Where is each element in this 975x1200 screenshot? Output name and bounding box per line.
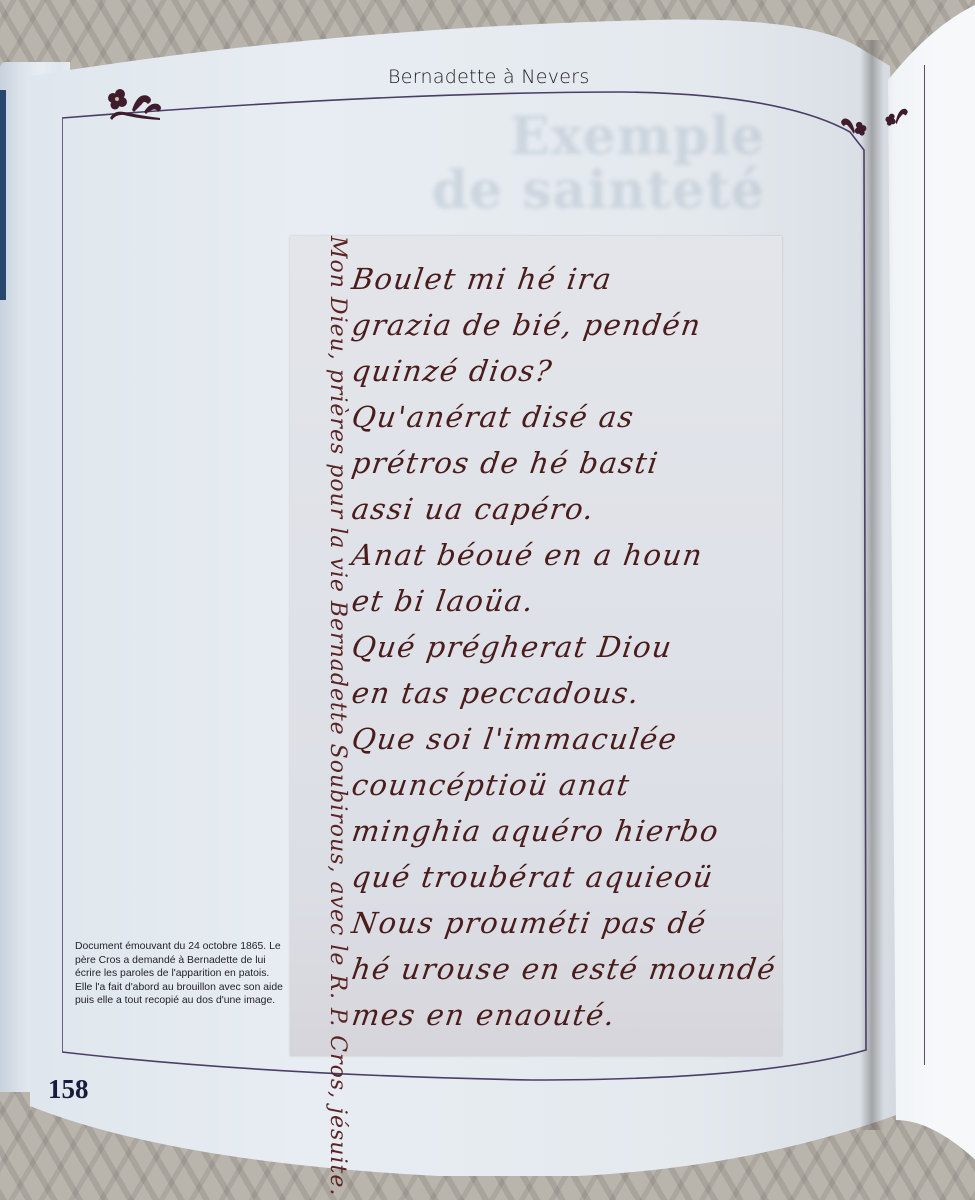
right-page-frame — [924, 65, 975, 1065]
running-header: Bernadette à Nevers — [388, 66, 590, 88]
manuscript-line: mes en enaouté. — [349, 992, 781, 1038]
manuscript-image: Mon Dieu, prières pour la vie Bernadette… — [290, 236, 782, 1056]
manuscript-lines: Boulet mi hé ira grazia de bié, pendén q… — [352, 256, 778, 1038]
manuscript-line: qué troubérat aquieoü — [349, 854, 781, 900]
manuscript-line: Que soi l'immaculée — [349, 716, 781, 762]
flower-scroll-ornament-icon — [104, 88, 166, 122]
manuscript-line: Anat béoué en a houn — [349, 532, 781, 578]
manuscript-line: assi ua capéro. — [349, 486, 781, 532]
bleed-through-title: Exemple de sainteté — [325, 110, 765, 230]
manuscript-line: en tas peccadous. — [349, 670, 781, 716]
manuscript-line: minghia aquéro hierbo — [349, 808, 781, 854]
page-number: 158 — [48, 1074, 89, 1105]
bleed-through-line-2: de sainteté — [325, 164, 765, 218]
manuscript-line: Boulet mi hé ira — [349, 256, 781, 302]
manuscript-line: councéptioü anat — [349, 762, 781, 808]
margin-note-text: Mon Dieu, prières pour la vie Bernadette… — [322, 236, 352, 1056]
gutter-shadow — [860, 40, 884, 1130]
flower-scroll-ornament-icon — [834, 112, 868, 146]
manuscript-line: Qu'anérat disé as — [349, 394, 781, 440]
book-cover-edge — [0, 90, 6, 300]
manuscript-margin-note: Mon Dieu, prières pour la vie Bernadette… — [290, 236, 350, 1056]
bleed-through-line-1: Exemple — [325, 110, 765, 164]
manuscript-line: hé urouse en esté moundé — [349, 946, 781, 992]
flower-scroll-ornament-icon — [884, 100, 914, 136]
manuscript-line: Nous prouméti pas dé — [349, 900, 781, 946]
manuscript-line: prétros de hé basti — [349, 440, 781, 486]
figure-caption: Document émouvant du 24 octobre 1865. Le… — [75, 940, 285, 1008]
manuscript-line: Qué prégherat Diou — [349, 624, 781, 670]
manuscript-line: grazia de bié, pendén — [349, 302, 781, 348]
manuscript-line: quinzé dios? — [349, 348, 781, 394]
manuscript-line: et bi laoüa. — [349, 578, 781, 624]
